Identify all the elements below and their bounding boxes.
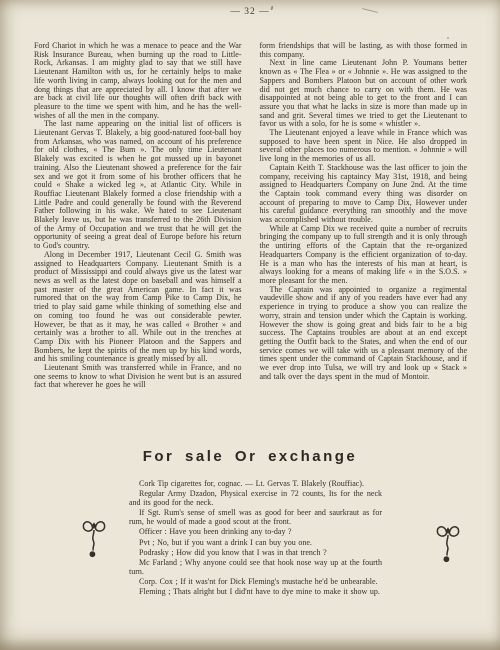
for-sale-item: If Sgt. Rum's sense of smell was as good…	[129, 509, 382, 526]
for-sale-item: Pvt ; No, but if you want a drink I can …	[129, 539, 382, 548]
for-sale-items: Cork Tip cigarettes for, cognac. — Lt. G…	[129, 480, 382, 599]
for-sale-item: Corp. Cox ; If it was'nt for Dick Flemin…	[129, 578, 382, 587]
for-sale-item: Podrasky ; How did you know that I was i…	[129, 549, 382, 558]
article-paragraph: While at Camp Dix we received quite a nu…	[260, 225, 468, 286]
for-sale-item: Cork Tip cigarettes for, cognac. — Lt. G…	[129, 480, 382, 489]
article-paragraph: Next in line came Lieutenant John P. You…	[260, 59, 468, 129]
for-sale-section-title: For sale Or exchange	[0, 448, 500, 465]
article-paragraph: Captain Keith T. Stackhouse was the last…	[260, 164, 468, 225]
article-paragraph: Ford Chariot in which he was a menace to…	[34, 42, 242, 120]
page-number: — 32 —	[0, 7, 500, 17]
scanned-page: — 32 — Ford Chariot in which he was a me…	[0, 0, 500, 650]
printer-ornament-icon	[435, 524, 461, 566]
scan-artifact	[447, 37, 449, 39]
right-column: form friendships that will be lasting, a…	[260, 42, 468, 390]
left-column: Ford Chariot in which he was a menace to…	[34, 42, 242, 390]
article-paragraph: Lieutenant Smith was transferred while i…	[34, 364, 242, 390]
article-paragraph: The Captain was appointed to organize a …	[260, 286, 468, 382]
article-paragraph: form friendships that will be lasting, a…	[260, 42, 468, 59]
for-sale-item: Fleming ; Thats alright but I did'nt hav…	[129, 588, 382, 597]
article-paragraph: Along in December 1917, Lieutenant Cecil…	[34, 251, 242, 364]
for-sale-item: Regular Army Dzadon, Physical exercise i…	[129, 490, 382, 507]
for-sale-item: Mc Farland ; Why anyone could see that h…	[129, 559, 382, 576]
article-paragraph: The last name appearing on the initial l…	[34, 120, 242, 251]
article-paragraph: The Lieutenant enjoyed a leave while in …	[260, 129, 468, 164]
article-body: Ford Chariot in which he was a menace to…	[34, 42, 467, 390]
for-sale-item: Officer : Have you been drinking any to-…	[129, 528, 382, 537]
printer-ornament-icon	[81, 519, 107, 561]
